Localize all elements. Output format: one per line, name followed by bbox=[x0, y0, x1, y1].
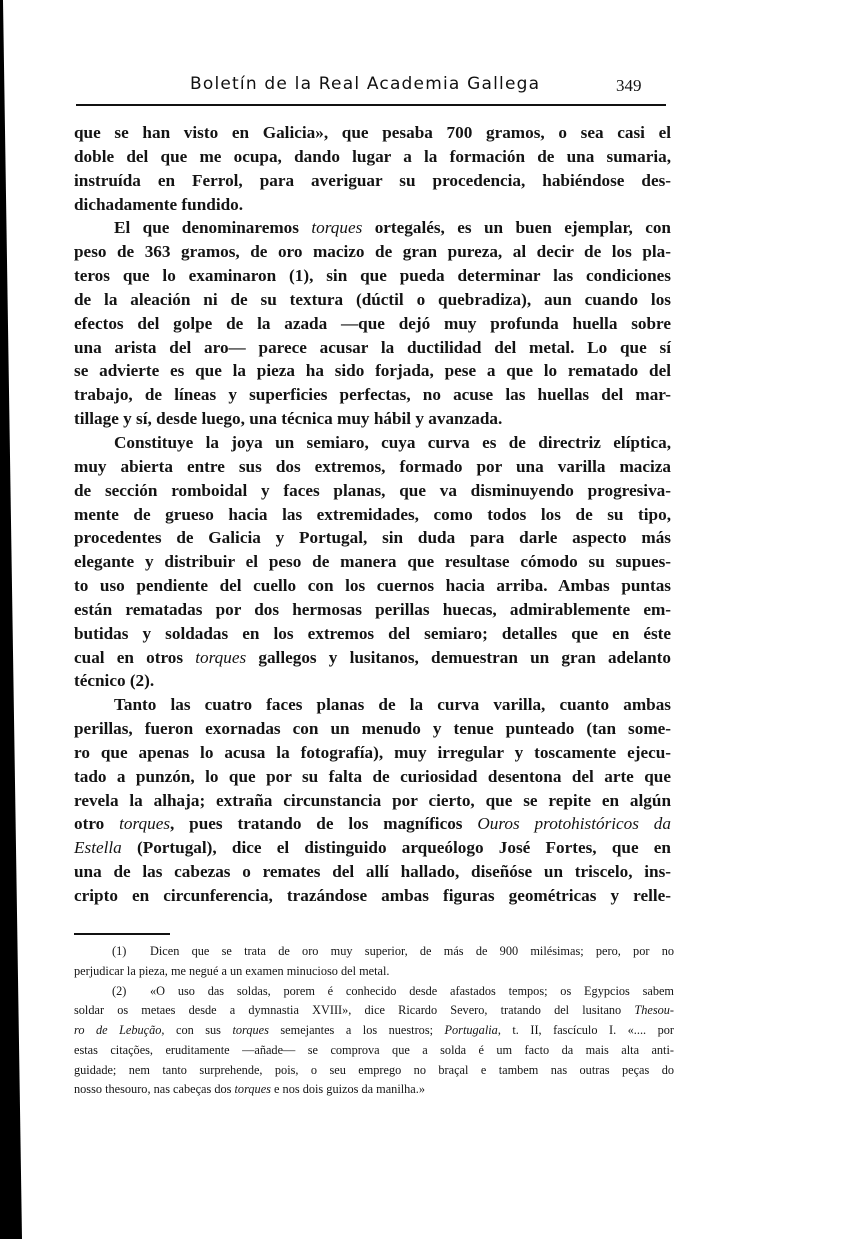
footnote-line: perjudicar la pieza, me negué a un exame… bbox=[74, 962, 674, 982]
text-line: perillas, fueron exornadas con un menudo… bbox=[74, 717, 671, 741]
footnote-number: (1) bbox=[112, 942, 150, 962]
text-line: teros que lo examinaron (1), sin que pue… bbox=[74, 264, 671, 288]
scan-border bbox=[0, 0, 22, 1239]
text-line: Constituye la joya un semiaro, cuya curv… bbox=[74, 431, 671, 455]
text-line: tado a punzón, lo que por su falta de cu… bbox=[74, 765, 671, 789]
text-line: de sección romboidal y faces planas, que… bbox=[74, 479, 671, 503]
footnote-line: nosso thesouro, nas cabeças dos torques … bbox=[74, 1080, 674, 1100]
text-line: to uso pendiente del cuello con los cuer… bbox=[74, 574, 671, 598]
footnote-line: guidade; nem tanto surprehende, pois, o … bbox=[74, 1061, 674, 1081]
text-line: mente de grueso hacia las extremidades, … bbox=[74, 503, 671, 527]
text-line: muy abierta entre sus dos extremos, form… bbox=[74, 455, 671, 479]
text-line: están rematadas por dos hermosas perilla… bbox=[74, 598, 671, 622]
italic-term: torques bbox=[232, 1023, 268, 1037]
text-line: ro que apenas lo acusa la fotografía), m… bbox=[74, 741, 671, 765]
footnote: (1)Dicen que se trata de oro muy superio… bbox=[74, 942, 674, 982]
text-line: técnico (2). bbox=[74, 669, 671, 693]
text-line: otro torques, pues tratando de los magní… bbox=[74, 812, 671, 836]
text-line: que se han visto en Galicia», que pesaba… bbox=[74, 121, 671, 145]
text-line: instruída en Ferrol, para averiguar su p… bbox=[74, 169, 671, 193]
italic-term: Portugalia bbox=[445, 1023, 498, 1037]
text-line: butidas y soldadas en los extremos del s… bbox=[74, 622, 671, 646]
italic-term: Estella bbox=[74, 838, 122, 857]
footnote-line: (2)«O uso das soldas, porem é conhecido … bbox=[74, 982, 674, 1002]
italic-term: torques bbox=[311, 218, 362, 237]
footnotes: (1)Dicen que se trata de oro muy superio… bbox=[74, 942, 674, 1100]
text-line: dichadamente fundido. bbox=[74, 193, 671, 217]
italic-term: Ouros protohistóricos da bbox=[477, 814, 671, 833]
text-line: Estella (Portugal), dice el distinguido … bbox=[74, 836, 671, 860]
footnote: (2)«O uso das soldas, porem é conhecido … bbox=[74, 982, 674, 1101]
running-header: Boletín de la Real Academia Gallega 349 bbox=[76, 72, 666, 106]
text-line: tillage y sí, desde luego, una técnica m… bbox=[74, 407, 671, 431]
text-line: peso de 363 gramos, de oro macizo de gra… bbox=[74, 240, 671, 264]
text-line: cual en otros torques gallegos y lusitan… bbox=[74, 646, 671, 670]
italic-term: torques bbox=[235, 1082, 271, 1096]
footnote-rule bbox=[74, 933, 170, 935]
paragraph: El que denominaremos torques ortegalés, … bbox=[74, 216, 671, 431]
italic-term: torques bbox=[195, 648, 246, 667]
footnote-line: estas citações, eruditamente —añade— se … bbox=[74, 1041, 674, 1061]
text-line: doble del que me ocupa, dando lugar a la… bbox=[74, 145, 671, 169]
header-rule bbox=[76, 104, 666, 106]
footnote-line: ro de Lebução, con sus torques semejante… bbox=[74, 1021, 674, 1041]
footnote-line: (1)Dicen que se trata de oro muy superio… bbox=[74, 942, 674, 962]
text-line: de la aleación ni de su textura (dúctil … bbox=[74, 288, 671, 312]
text-line: se advierte es que la pieza ha sido forj… bbox=[74, 359, 671, 383]
page-number: 349 bbox=[616, 76, 642, 96]
text-line: procedentes de Galicia y Portugal, sin d… bbox=[74, 526, 671, 550]
paragraph: Constituye la joya un semiaro, cuya curv… bbox=[74, 431, 671, 693]
text-line: Tanto las cuatro faces planas de la curv… bbox=[74, 693, 671, 717]
italic-term: Thesou- bbox=[634, 1003, 674, 1017]
text-line: una arista del aro— parece acusar la duc… bbox=[74, 336, 671, 360]
italic-term: ro de Lebução bbox=[74, 1023, 161, 1037]
footnote-line: soldar os metaes desde a dymnastia XVIII… bbox=[74, 1001, 674, 1021]
text-line: efectos del golpe de la azada —que dejó … bbox=[74, 312, 671, 336]
paragraph: Tanto las cuatro faces planas de la curv… bbox=[74, 693, 671, 908]
text-line: elegante y distribuir el peso de manera … bbox=[74, 550, 671, 574]
journal-title: Boletín de la Real Academia Gallega bbox=[190, 74, 540, 94]
paragraph: que se han visto en Galicia», que pesaba… bbox=[74, 121, 671, 216]
text-line: trabajo, de líneas y superficies perfect… bbox=[74, 383, 671, 407]
body-text: que se han visto en Galicia», que pesaba… bbox=[74, 121, 671, 908]
text-line: cripto en circunferencia, trazándose amb… bbox=[74, 884, 671, 908]
text-line: El que denominaremos torques ortegalés, … bbox=[74, 216, 671, 240]
italic-term: torques bbox=[119, 814, 170, 833]
text-line: una de las cabezas o remates del allí ha… bbox=[74, 860, 671, 884]
footnote-number: (2) bbox=[112, 982, 150, 1002]
text-line: revela la alhaja; extraña circunstancia … bbox=[74, 789, 671, 813]
